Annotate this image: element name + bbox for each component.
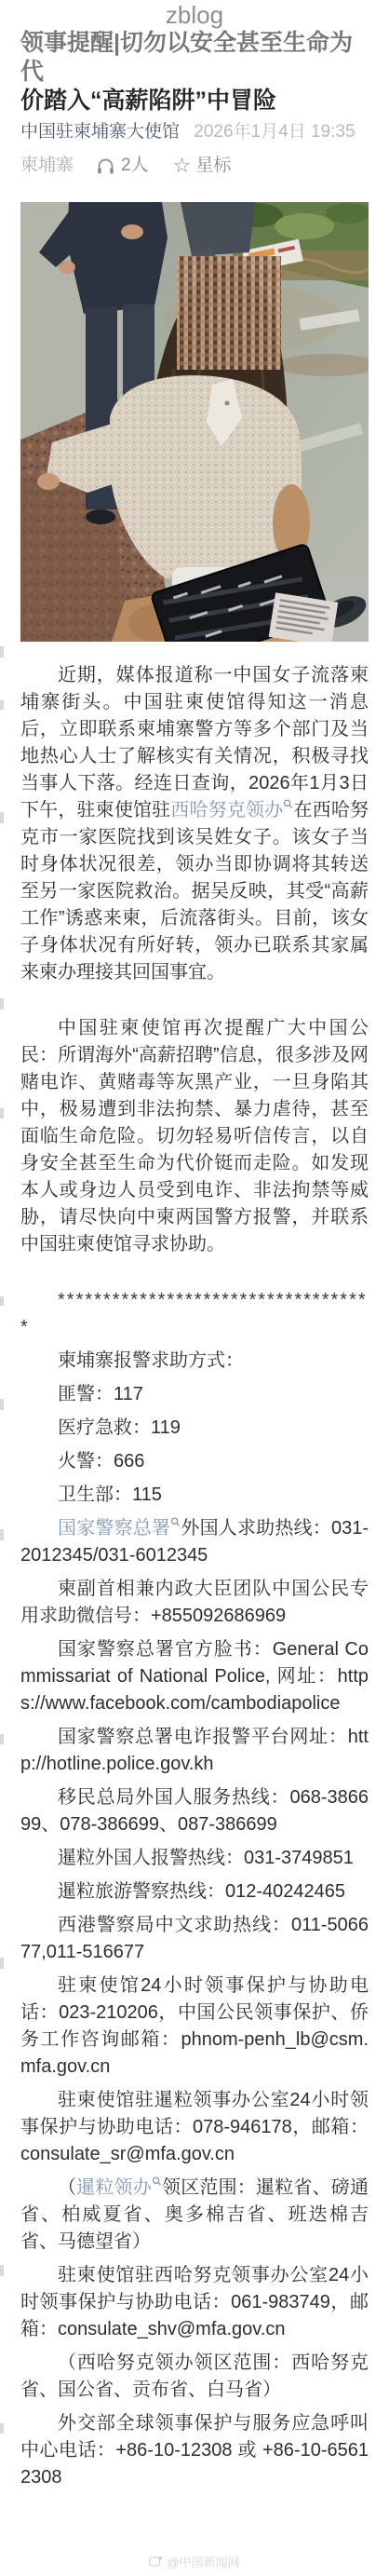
site-title: zblog <box>0 0 389 29</box>
contact-text: 匪警：117 <box>58 1384 143 1404</box>
contact-text: 火警：666 <box>58 1451 144 1471</box>
watermark: @中国新闻网 <box>0 2553 389 2570</box>
inline-link[interactable]: 国家警察总署 <box>58 1518 181 1539</box>
headphones-icon <box>96 156 115 176</box>
contact-item: 西港警察局中文求助热线：011-506677,011-516677 <box>20 1912 369 1966</box>
star-label: 星标 <box>195 154 231 178</box>
contact-text: 卫生部：115 <box>58 1485 162 1505</box>
contact-list: 匪警：117医疗急救：119火警：666卫生部：115国家警察总署 外国人求助热… <box>20 1381 369 2491</box>
inline-link[interactable]: 暹粒领办 <box>76 2177 162 2198</box>
search-superscript-icon <box>152 2176 162 2188</box>
publish-date: 2026年1月4日 19:35 <box>194 122 355 142</box>
contact-item: 国家警察总署电诈报警平台网址：http://hotline.police.gov… <box>20 1724 369 1778</box>
inline-link-text: 西哈努克领办 <box>170 800 283 820</box>
contact-item: 驻柬使馆驻暹粒领事办公室24小时领事保护与协助电话：078-946178，邮箱：… <box>20 2087 369 2168</box>
paragraph-2: 中国驻柬使馆再次提醒广大中国公民：所谓海外“高薪招聘”信息，很多涉及网赌电诈、黄… <box>20 1015 369 1258</box>
contact-item: 国家警察总署 外国人求助热线：031-2012345/031-6012345 <box>20 1515 369 1569</box>
contact-text: 国家警察总署电诈报警平台网址：http://hotline.police.gov… <box>20 1727 369 1774</box>
article-meta: 中国驻柬埔寨大使馆 2026年1月4日 19:35 <box>20 121 369 143</box>
contact-item: 火警：666 <box>20 1448 369 1475</box>
contact-text: 外交部全球领事保护与服务应急呼叫中心电话：+86-10-12308 或 +86-… <box>20 2413 369 2488</box>
paragraph-1: 近期，媒体报道称一中国女子流落柬埔寨街头。中国驻柬使馆得知这一消息后，立即联系柬… <box>20 662 369 986</box>
article-tag-row: 柬埔寨 2人 ☆ 星标 <box>20 154 369 178</box>
contact-item: 驻柬使馆驻西哈努克领事办公室24小时领事保护与协助电话：061-983749，邮… <box>20 2262 369 2343</box>
search-superscript-icon <box>283 798 293 810</box>
paragraph-text: 在西哈努克市一家医院找到该吴姓女子。该女子当时身体状况很差，领办当即协调将其转送… <box>20 800 369 983</box>
contact-text: 移民总局外国人服务热线：068-386699、078-386699、087-38… <box>20 1787 369 1835</box>
listeners-count: 2人 <box>121 154 149 178</box>
contact-item: 卫生部：115 <box>20 1482 369 1509</box>
contact-item: 驻柬使馆24小时领事保护与协助电话：023-210206，中国公民领事保护、侨务… <box>20 1973 369 2081</box>
contact-text: （西哈努克领办领区范围：西哈努克省、国公省、贡布省、白马省） <box>20 2352 369 2400</box>
contact-item: 柬副首相兼内政大臣团队中国公民专用求助微信号：+855092686969 <box>20 1576 369 1630</box>
contact-text: 国家警察总署官方脸书：General Commissariat of Natio… <box>20 1639 369 1714</box>
listen-button[interactable]: 2人 <box>96 154 149 178</box>
contact-text: 医疗急救：119 <box>58 1417 181 1438</box>
contact-text: 驻柬使馆24小时领事保护与协助电话：023-210206，中国公民领事保护、侨务… <box>20 1975 369 2077</box>
contact-item: 国家警察总署官方脸书：General Commissariat of Natio… <box>20 1636 369 1717</box>
account-name-link[interactable]: 中国驻柬埔寨大使馆 <box>20 122 180 142</box>
inline-link-sihanoukville-office[interactable]: 西哈努克领办 <box>170 800 293 820</box>
article-photo[interactable] <box>20 202 369 642</box>
contact-text: （ <box>58 2177 76 2198</box>
contact-item: 医疗急救：119 <box>20 1415 369 1442</box>
article-title: 领事提醒|切勿以安全甚至生命为代价踏入“高薪陷阱”中冒险 <box>20 29 369 115</box>
contact-text: 驻柬使馆驻西哈努克领事办公室24小时领事保护与协助电话：061-983749，邮… <box>20 2265 369 2339</box>
article-page: { "site": { "title": "zblog" }, "article… <box>0 0 389 2576</box>
contact-item: （暹粒领办 领区范围：暹粒省、磅通省、柏威夏省、奥多棉吉省、班迭棉吉省、马德望省… <box>20 2175 369 2256</box>
watermark-text: @中国新闻网 <box>167 2553 239 2570</box>
contact-text: 驻柬使馆驻暹粒领事办公室24小时领事保护与协助电话：078-946178，邮箱：… <box>20 2090 369 2164</box>
contact-text: 暹粒旅游警察热线：012-40242465 <box>58 1881 345 1902</box>
search-superscript-icon <box>170 1516 181 1528</box>
contact-item: 暹粒旅游警察热线：012-40242465 <box>20 1878 369 1905</box>
contact-item: 匪警：117 <box>20 1381 369 1408</box>
contact-item: 外交部全球领事保护与服务应急呼叫中心电话：+86-10-12308 或 +86-… <box>20 2410 369 2491</box>
article-title-line2: 价踏入“高薪陷阱”中冒险 <box>20 87 369 115</box>
article-body: 近期，媒体报道称一中国女子流落柬埔寨街头。中国驻柬使馆得知这一消息后，立即联系柬… <box>20 662 369 2491</box>
contact-text: 西港警察局中文求助热线：011-506677,011-516677 <box>20 1915 369 1962</box>
location-tag[interactable]: 柬埔寨 <box>20 154 74 178</box>
article-title-line1: 领事提醒|切勿以安全甚至生命为代 <box>20 29 369 87</box>
star-icon: ☆ <box>173 156 192 176</box>
paragraph-text: 近期，媒体报道称一中国女子流落柬埔寨街头。中国驻柬使馆得知这一消息后，立即联系柬… <box>20 665 369 820</box>
star-button[interactable]: ☆ 星标 <box>173 154 232 178</box>
contact-item: 移民总局外国人服务热线：068-386699、078-386699、087-38… <box>20 1784 369 1838</box>
contact-item: （西哈努克领办领区范围：西哈努克省、国公省、贡布省、白马省） <box>20 2350 369 2404</box>
contact-item: 暹粒外国人报警热线：031-3749851 <box>20 1845 369 1872</box>
cns-logo-icon <box>149 2556 163 2568</box>
contact-text: 暹粒外国人报警热线：031-3749851 <box>58 1848 354 1868</box>
separator-stars: *********************************** <box>20 1287 369 1341</box>
contacts-heading: 柬埔寨报警求助方式： <box>20 1348 369 1375</box>
contact-text: 柬副首相兼内政大臣团队中国公民专用求助微信号：+855092686969 <box>20 1579 369 1626</box>
